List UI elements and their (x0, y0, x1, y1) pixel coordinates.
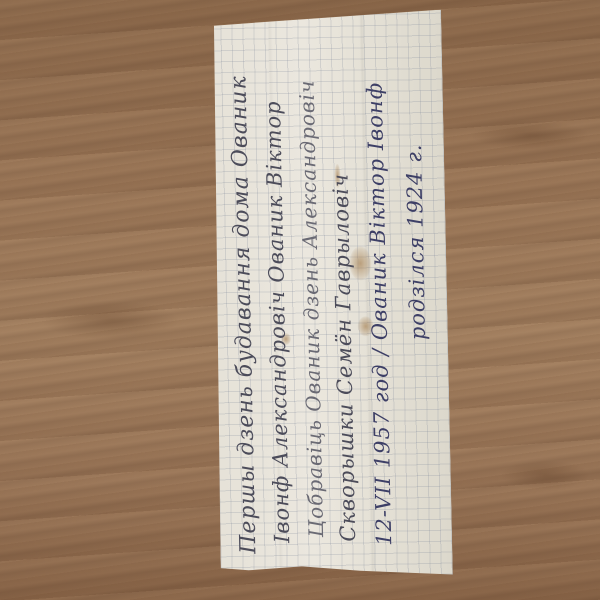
wood-knot (500, 460, 590, 490)
note-line-1: Першы дзень будавання дома Ованик (226, 75, 261, 554)
note-line-2: Івонф Александровіч Ованик Віктор (261, 100, 294, 543)
note-line-6: родзілся 1924 г. (402, 143, 430, 340)
note-line-5: 12-VII 1957 год / Ованик Віктор Івонф (363, 82, 397, 547)
note-line-4: Скворышки Семён Гаврыловіч (328, 173, 360, 542)
handwritten-note: Першы дзень будавання дома Ованик Івонф … (209, 10, 453, 580)
wood-knot (470, 120, 590, 150)
note-line-3: Цобравіць Ованик дзень Александровіч (294, 79, 328, 537)
wood-knot (40, 300, 180, 340)
